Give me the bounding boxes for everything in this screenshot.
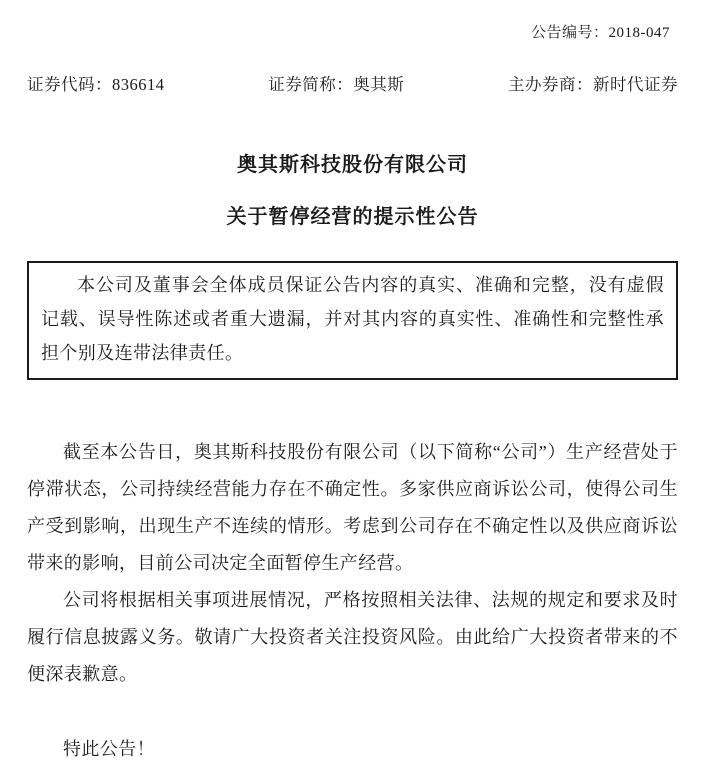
announcement-body: 截至本公告日，奥其斯科技股份有限公司（以下简称“公司”）生产经营处于停滞状态，公…	[27, 434, 678, 693]
board-declaration-text: 本公司及董事会全体成员保证公告内容的真实、准确和完整，没有虚假记载、误导性陈述或…	[41, 268, 664, 370]
sponsor-broker: 主办券商：新时代证券	[508, 71, 678, 95]
board-declaration-box: 本公司及董事会全体成员保证公告内容的真实、准确和完整，没有虚假记载、误导性陈述或…	[27, 261, 678, 380]
company-name-title: 奥其斯科技股份有限公司	[27, 151, 678, 179]
body-paragraph-1: 截至本公告日，奥其斯科技股份有限公司（以下简称“公司”）生产经营处于停滞状态，公…	[27, 434, 678, 582]
announcement-title: 关于暂停经营的提示性公告	[27, 203, 678, 231]
announcement-number: 公告编号：2018-047	[27, 0, 678, 42]
securities-info-row: 证券代码：836614 证券简称：奥其斯 主办券商：新时代证券	[27, 71, 678, 95]
securities-code: 证券代码：836614	[27, 71, 165, 95]
announcement-document: 公告编号：2018-047 证券代码：836614 证券简称：奥其斯 主办券商：…	[0, 0, 704, 774]
body-paragraph-2: 公司将根据相关事项进展情况，严格按照相关法律、法规的规定和要求及时履行信息披露义…	[27, 582, 678, 693]
closing-statement: 特此公告！	[27, 735, 678, 761]
securities-abbreviation: 证券简称：奥其斯	[268, 71, 404, 95]
